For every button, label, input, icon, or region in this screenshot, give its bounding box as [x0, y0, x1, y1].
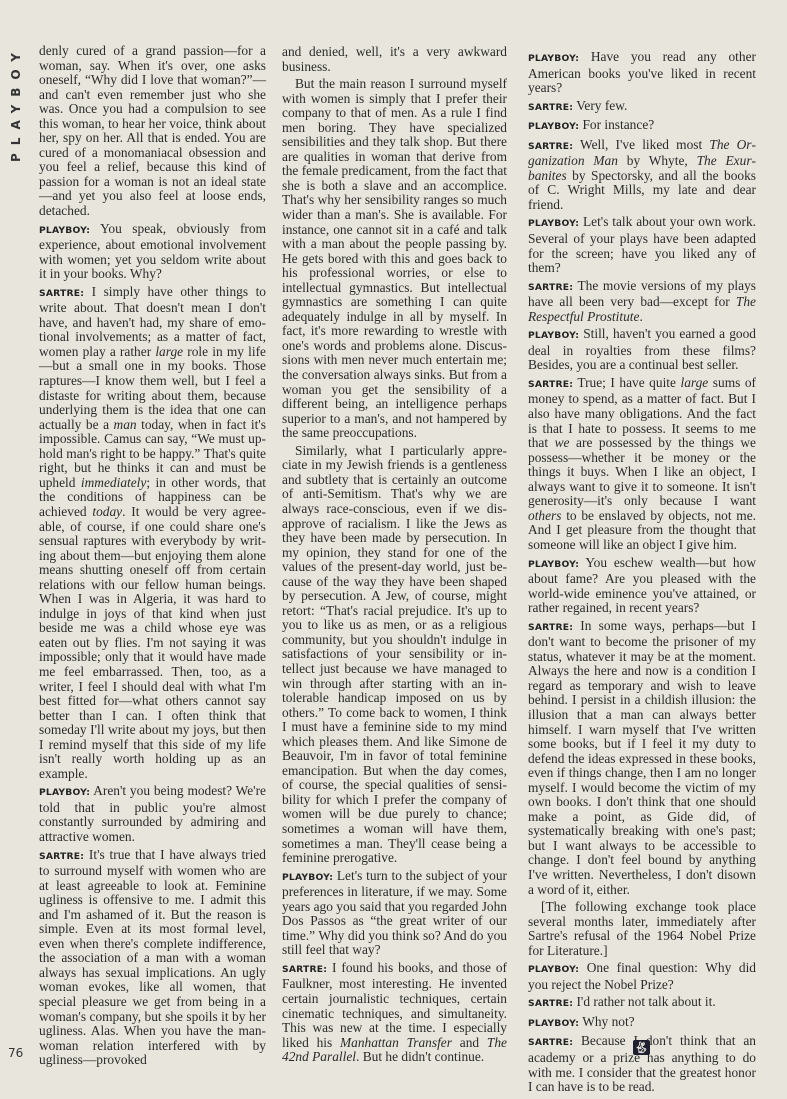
- interview-exchange: PLAYBOY: One final question: Why did you…: [528, 961, 756, 992]
- body-text: and: [452, 1035, 487, 1050]
- body-text: But the main reason I surround my­self w…: [282, 76, 507, 440]
- text-column-1: denly cured of a grand passion—for a wom…: [39, 44, 266, 1068]
- speaker-label: PLAYBOY:: [528, 218, 579, 229]
- text-column-2: and denied, well, it's a very awkward bu…: [282, 45, 507, 1065]
- body-text: True; I have quite: [573, 375, 680, 390]
- interview-exchange: PLAYBOY: You eschew wealth—but how about…: [528, 556, 756, 616]
- rabbit-head-icon: 🐇︎: [633, 1040, 650, 1055]
- body-text: by Whyte,: [618, 153, 697, 168]
- speaker-label: SARTRE:: [528, 282, 573, 293]
- body-text: . It would be very agree­able, of course…: [39, 504, 266, 781]
- speaker-label: SARTRE:: [528, 622, 573, 633]
- speaker-label: PLAYBOY:: [528, 121, 579, 132]
- interview-exchange: SARTRE: Well, I've liked most The Or­gan…: [528, 138, 756, 213]
- paragraph: denly cured of a grand passion—for a wom…: [39, 44, 266, 219]
- italic-title: others: [528, 508, 561, 523]
- body-text: denly cured of a grand passion—for a wom…: [39, 43, 266, 218]
- text-column-3: PLAYBOY: Have you read any other America…: [528, 50, 756, 1095]
- body-text: .: [639, 309, 642, 324]
- body-text: to be enslaved by objects, not me. And I…: [528, 508, 756, 552]
- body-text: It's true that I have always tried to su…: [39, 847, 266, 1068]
- italic-title: immediately: [81, 475, 146, 490]
- body-text: For instance?: [579, 117, 654, 132]
- interview-exchange: SARTRE: The movie versions of my plays h…: [528, 279, 756, 325]
- italic-title: man: [114, 417, 137, 432]
- speaker-label: PLAYBOY:: [528, 559, 579, 570]
- speaker-label: PLAYBOY:: [528, 53, 579, 64]
- speaker-label: SARTRE:: [528, 1037, 573, 1048]
- body-text: Well, I've liked most: [573, 137, 709, 152]
- interview-exchange: SARTRE: In some ways, perhaps—but I don'…: [528, 619, 756, 897]
- interview-exchange: SARTRE: True; I have quite large sums of…: [528, 376, 756, 553]
- speaker-label: PLAYBOY:: [39, 225, 90, 236]
- body-text: I'd rather not talk about it.: [573, 994, 716, 1009]
- speaker-label: SARTRE:: [528, 102, 573, 113]
- paragraph: Similarly, what I particularly appre­cia…: [282, 444, 507, 866]
- interview-exchange: SARTRE: I'd rather not talk about it.: [528, 995, 756, 1012]
- speaker-label: PLAYBOY:: [282, 872, 333, 883]
- magazine-page: PLAYBOY denly cured of a grand passion—f…: [0, 0, 787, 1099]
- speaker-label: PLAYBOY:: [528, 330, 579, 341]
- body-text: Very few.: [573, 98, 627, 113]
- masthead-text: PLAYBOY: [9, 45, 23, 162]
- speaker-label: SARTRE:: [528, 141, 573, 152]
- body-text: [The following exchange took place sever…: [528, 899, 756, 958]
- body-text: . But he didn't continue.: [356, 1049, 484, 1064]
- italic-title: large: [155, 344, 183, 359]
- interview-exchange: PLAYBOY: Let's talk about your own work.…: [528, 215, 756, 275]
- body-text: and denied, well, it's a very awkward bu…: [282, 44, 507, 74]
- interview-exchange: SARTRE: Very few.: [528, 99, 756, 116]
- interview-exchange: SARTRE: I simply have other things to wr…: [39, 285, 266, 782]
- italic-title: Manhattan Transfer: [340, 1035, 452, 1050]
- speaker-label: SARTRE:: [39, 851, 84, 862]
- interview-exchange: PLAYBOY: Let's turn to the subject of yo…: [282, 869, 507, 958]
- italic-title: large: [680, 375, 708, 390]
- speaker-label: PLAYBOY:: [528, 1018, 579, 1029]
- paragraph: But the main reason I surround my­self w…: [282, 77, 507, 441]
- interview-exchange: PLAYBOY: Still, haven't you earned a goo…: [528, 327, 756, 373]
- speaker-label: PLAYBOY:: [39, 787, 90, 798]
- speaker-label: SARTRE:: [39, 288, 84, 299]
- page-number: 76: [8, 1046, 23, 1060]
- paragraph: and denied, well, it's a very awkward bu…: [282, 45, 507, 74]
- interview-exchange: PLAYBOY: Why not?: [528, 1015, 756, 1032]
- interview-exchange: SARTRE: It's true that I have always tri…: [39, 848, 266, 1068]
- paragraph: [The following exchange took place sever…: [528, 900, 756, 958]
- interview-exchange: PLAYBOY: You speak, obviously from exper…: [39, 222, 266, 282]
- interview-exchange: PLAYBOY: Aren't you being modest? We're …: [39, 784, 266, 844]
- speaker-label: SARTRE:: [282, 964, 327, 975]
- speaker-label: PLAYBOY:: [528, 964, 579, 975]
- interview-exchange: PLAYBOY: For instance?: [528, 118, 756, 135]
- interview-exchange: SARTRE: I found his books, and those of …: [282, 961, 507, 1065]
- italic-title: today: [92, 504, 122, 519]
- body-text: Similarly, what I particularly appre­cia…: [282, 443, 507, 865]
- speaker-label: SARTRE:: [528, 379, 573, 390]
- interview-exchange: PLAYBOY: Have you read any other America…: [528, 50, 756, 96]
- masthead-logo: PLAYBOY: [6, 50, 26, 160]
- speaker-label: SARTRE:: [528, 998, 573, 1009]
- body-text: Why not?: [579, 1014, 635, 1029]
- italic-title: we: [555, 435, 570, 450]
- body-text: In some ways, perhaps—but I don't want t…: [528, 618, 756, 897]
